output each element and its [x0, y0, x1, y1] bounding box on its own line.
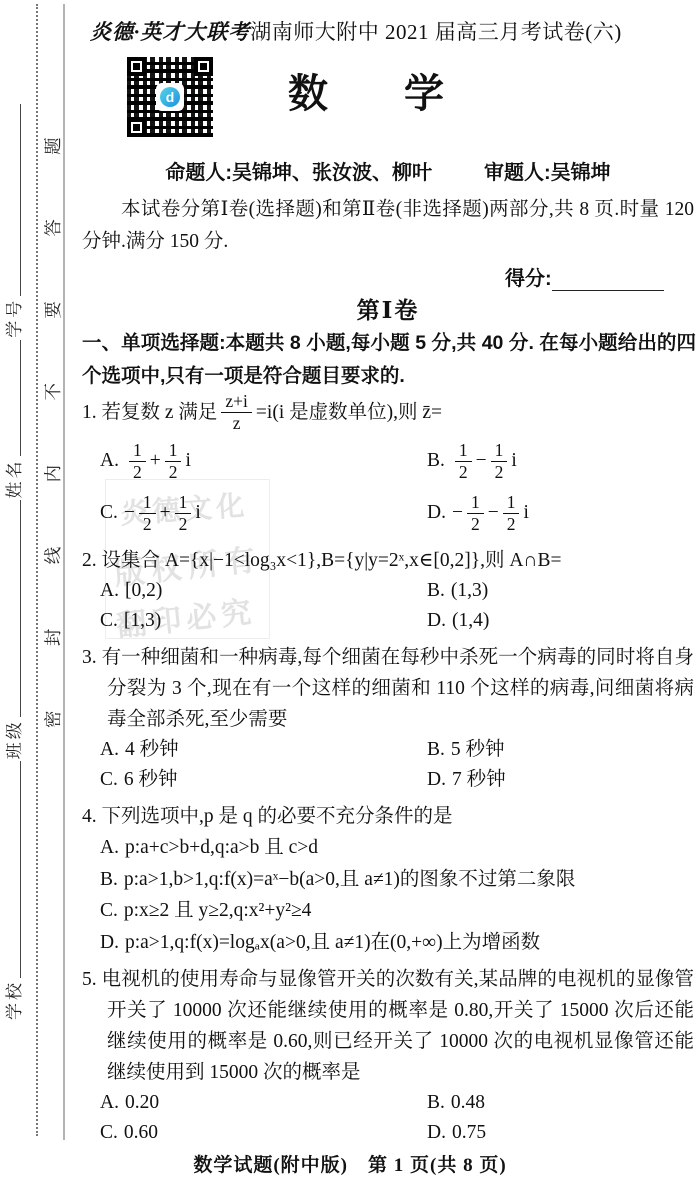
- exam-series-title: 炎德·英才大联考湖南师大附中 2021 届高三月考试卷(六): [90, 16, 696, 46]
- seal-instruction-text: 密 封 线 内 不 要 答 题: [40, 328, 62, 728]
- name-label: 姓名: [0, 456, 25, 500]
- question-1-options: A.12+12i B.12−12i C.−12+12i D.−12−12i: [82, 435, 694, 539]
- blank-line: [18, 500, 21, 717]
- question-5-stem: 5. 电视机的使用寿命与显像管开关的次数有关,某品牌的电视机的显像管开关了 10…: [82, 964, 694, 1088]
- question-4: 4. 下列选项中,p 是 q 的必要不充分条件的是 A.p:a+c>b+d,q:…: [82, 801, 694, 958]
- qr-finder-icon: [127, 118, 146, 137]
- question-5-option-c: C.0.60: [100, 1118, 427, 1148]
- exam-intro-paragraph: 本试卷分第Ⅰ卷(选择题)和第Ⅱ卷(非选择题)两部分,共 8 页.时量 120 分…: [82, 194, 694, 258]
- fraction: 12: [165, 440, 182, 482]
- class-label: 班级: [0, 717, 25, 761]
- question-5: 5. 电视机的使用寿命与显像管开关的次数有关,某品牌的电视机的显像管开关了 10…: [82, 964, 694, 1148]
- questions-area: 1. 若复数 z 满足 z+i z =i(i 是虚数单位),则 z̄= A.12…: [82, 389, 694, 1154]
- question-2-option-a: A.[0,2): [100, 576, 427, 606]
- question-2-stem: 2. 设集合 A={x|−1<log₃x<1},B={y|y=2ˣ,x∈[0,2…: [82, 545, 694, 576]
- fraction: z+i z: [221, 391, 252, 433]
- reviewer-text: 审题人:吴锦坤: [484, 156, 611, 185]
- question-3: 3. 有一种细菌和一种病毒,每个细菌在每秒中杀死一个病毒的同时将自身分裂为 3 …: [82, 642, 694, 795]
- question-2-option-b: B.(1,3): [427, 576, 694, 606]
- question-4-options: A.p:a+c>b+d,q:a>b 且 c>d B.p:a>1,b>1,q:f(…: [82, 832, 694, 958]
- question-3-option-d: D.7 秒钟: [427, 765, 694, 795]
- school-label: 学校: [0, 978, 25, 1022]
- fraction: 12: [467, 492, 484, 534]
- question-1-option-a: A.12+12i: [100, 435, 427, 487]
- setters-line: 命题人:吴锦坤、张汝波、柳叶 审题人:吴锦坤: [82, 156, 694, 185]
- fraction: 12: [175, 492, 192, 534]
- fraction: 12: [129, 440, 146, 482]
- subject-title: 数学: [0, 62, 700, 119]
- exam-name: 湖南师大附中 2021 届高三月考试卷(六): [250, 20, 622, 44]
- question-1-option-b: B.12−12i: [427, 435, 694, 487]
- question-2-option-d: D.(1,4): [427, 606, 694, 636]
- student-id-label: 学号: [0, 296, 25, 340]
- question-3-option-b: B.5 秒钟: [427, 735, 694, 765]
- blank-line: [18, 761, 21, 978]
- question-5-option-a: A.0.20: [100, 1088, 427, 1118]
- fraction: 12: [491, 440, 508, 482]
- score-field: 得分:: [505, 262, 664, 291]
- question-3-stem: 3. 有一种细菌和一种病毒,每个细菌在每秒中杀死一个病毒的同时将自身分裂为 3 …: [82, 642, 694, 735]
- fraction: 12: [455, 440, 472, 482]
- question-3-option-a: A.4 秒钟: [100, 735, 427, 765]
- question-2-option-c: C.[1,3): [100, 606, 427, 636]
- score-blank-line: [552, 269, 664, 291]
- question-4-option-c: C.p:x≥2 且 y≥2,q:x²+y²≥4: [100, 895, 694, 927]
- brand-text: 炎德·英才大联考: [90, 20, 250, 44]
- fraction: 12: [503, 492, 520, 534]
- fraction: 12: [139, 492, 156, 534]
- question-2-options: A.[0,2) B.(1,3) C.[1,3) D.(1,4): [82, 576, 694, 636]
- question-1-stem: 1. 若复数 z 满足 z+i z =i(i 是虚数单位),则 z̄=: [82, 389, 694, 435]
- exam-page: { "sidebar": { "fields": ["学校", "班级", "姓…: [0, 0, 700, 1190]
- student-info-fields: 学校 班级 姓名 学号: [3, 104, 25, 1022]
- section-instructions: 一、单项选择题:本题共 8 小题,每小题 5 分,共 40 分. 在每小题给出的…: [82, 327, 696, 393]
- blank-line: [18, 104, 21, 296]
- question-5-option-d: D.0.75: [427, 1118, 694, 1148]
- question-5-options: A.0.20 B.0.48 C.0.60 D.0.75: [82, 1088, 694, 1148]
- score-label: 得分:: [505, 268, 552, 290]
- seal-dotted-line: [36, 4, 38, 1136]
- question-4-option-a: A.p:a+c>b+d,q:a>b 且 c>d: [100, 832, 694, 864]
- question-1-option-c: C.−12+12i: [100, 487, 427, 539]
- question-5-option-b: B.0.48: [427, 1088, 694, 1118]
- question-1-option-d: D.−12−12i: [427, 487, 694, 539]
- sidebar-rule-line: [63, 4, 65, 1140]
- question-4-stem: 4. 下列选项中,p 是 q 的必要不充分条件的是: [82, 801, 694, 832]
- part-one-title: 第Ⅰ卷: [82, 292, 694, 325]
- question-4-option-d: D.p:a>1,q:f(x)=logₐx(a>0,且 a≠1)在(0,+∞)上为…: [100, 927, 694, 959]
- question-3-options: A.4 秒钟 B.5 秒钟 C.6 秒钟 D.7 秒钟: [82, 735, 694, 795]
- question-1: 1. 若复数 z 满足 z+i z =i(i 是虚数单位),则 z̄= A.12…: [82, 389, 694, 539]
- question-3-option-c: C.6 秒钟: [100, 765, 427, 795]
- question-2: 2. 设集合 A={x|−1<log₃x<1},B={y|y=2ˣ,x∈[0,2…: [82, 545, 694, 636]
- question-4-option-b: B.p:a>1,b>1,q:f(x)=aˣ−b(a>0,且 a≠1)的图象不过第…: [100, 864, 694, 896]
- setters-text: 命题人:吴锦坤、张汝波、柳叶: [165, 156, 432, 185]
- page-footer: 数学试题(附中版) 第 1 页(共 8 页): [0, 1150, 700, 1177]
- blank-line: [18, 340, 21, 457]
